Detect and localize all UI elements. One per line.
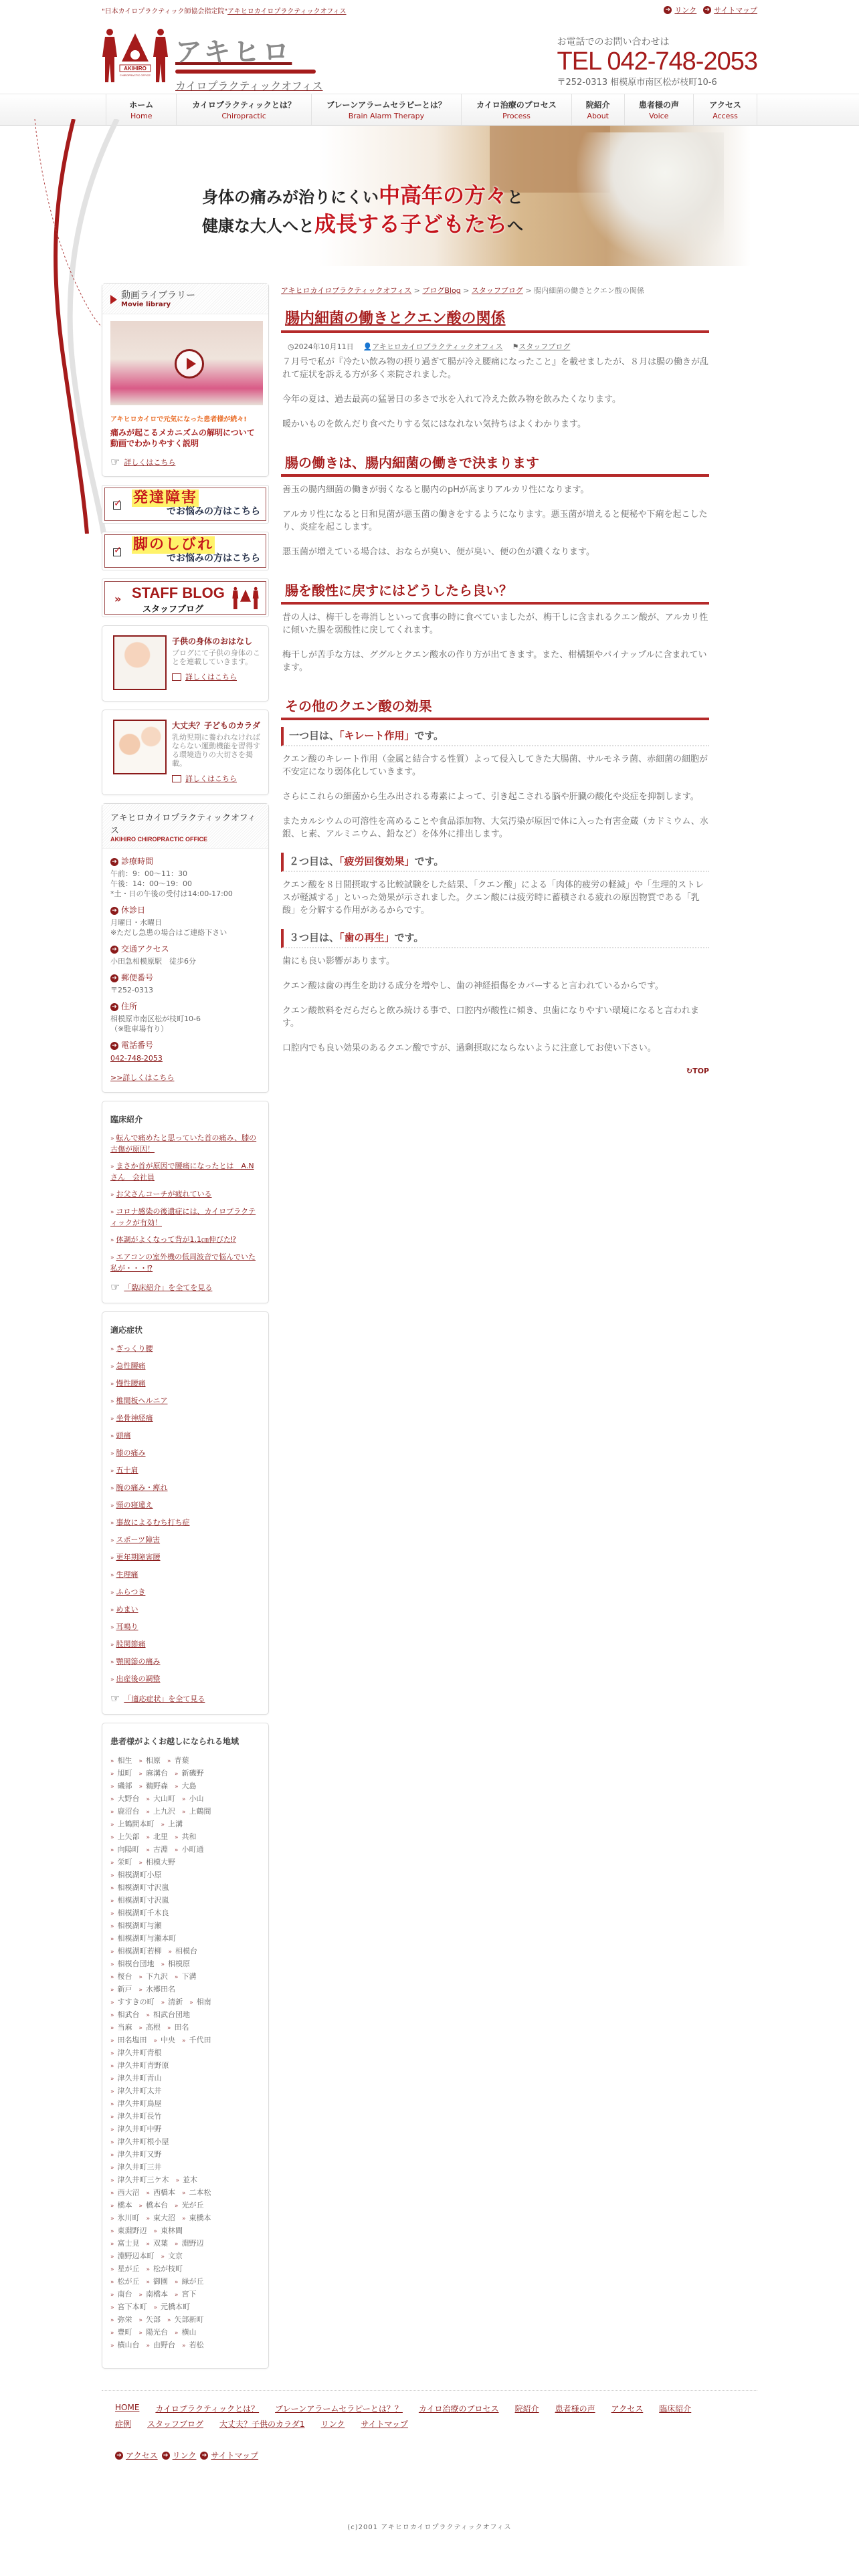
area-row: »相模湖町若柳»相模台 xyxy=(110,1945,260,1958)
paragraph: 梅干しが苦手な方は、ググルとクエン酸水の作り方が出てきます。また、柑橘類やパイナ… xyxy=(282,649,709,674)
symptom-link[interactable]: 生理痛 xyxy=(116,1570,138,1579)
logo-mark-icon: AKIHIRO CHIROPRACTIC OFFICE xyxy=(102,28,169,86)
breadcrumb-current: 腸内細菌の働きとクエン酸の関係 xyxy=(534,286,644,295)
site-logo[interactable]: AKIHIRO CHIROPRACTIC OFFICE アキヒロ カイロプラクテ… xyxy=(102,28,322,93)
clinical-item: »まさか首が原因で腰痛になったとは A.Nさん 会社員 xyxy=(110,1161,260,1183)
symptom-link[interactable]: 腕の痛み・痺れ xyxy=(116,1483,168,1492)
clinical-all-link[interactable]: 「臨床紹介」を全てを見る xyxy=(124,1282,212,1293)
area-row: »横山台»由野台»若松 xyxy=(110,2339,260,2352)
symptom-item: »急性腰痛 xyxy=(110,1361,260,1372)
hero-copy: 身体の痛みが治りにくい中高年の方々と 健康な大人へと成長する子どもたちへ xyxy=(202,182,523,239)
bullet-chevron-icon: » xyxy=(110,1949,114,1955)
contact-label: お電話でのお問い合わせは xyxy=(557,35,758,48)
bullet-chevron-icon: » xyxy=(110,1898,114,1905)
paragraph: 口腔内でも良い効果のあるクエン酸ですが、過剰摂取にならないように注意してお使い下… xyxy=(282,1042,709,1055)
bullet-chevron-icon: » xyxy=(110,1555,114,1562)
nav-item-about[interactable]: 院紹介About xyxy=(571,94,624,125)
area-item: 相模湖町寸沢嵐 xyxy=(118,1883,169,1892)
arrow-right-icon: ➔ xyxy=(110,1042,118,1050)
area-item: 磯部 xyxy=(118,1782,132,1790)
logo-bar xyxy=(175,70,316,74)
area-row: »桜台»下九沢»下溝 xyxy=(110,1971,260,1983)
subsection-heading: ３つ目は、「歯の再生」です。 xyxy=(281,929,709,948)
area-item: 相模湖町与瀬本町 xyxy=(118,1934,177,1943)
symptom-item: »膝の痛み xyxy=(110,1448,260,1459)
paragraph: 悪玉菌が増えている場合は、おならが臭い、便が臭い、便の色が濃くなります。 xyxy=(282,546,709,558)
bullet-chevron-icon: » xyxy=(110,1572,114,1579)
clinical-link[interactable]: お父さんコーチが疲れている xyxy=(116,1190,212,1198)
area-row: »津久井町長竹 xyxy=(110,2111,260,2123)
movie-thumbnail[interactable] xyxy=(110,321,263,405)
symptom-item: »椎間板ヘルニア xyxy=(110,1396,260,1407)
window-icon xyxy=(172,775,181,782)
area-row: »津久井町青野原 xyxy=(110,2060,260,2072)
bullet-chevron-icon: » xyxy=(110,1834,114,1841)
clinical-link[interactable]: 転んで痛めたと思っていた首の痛み、膝の古傷が原因！ xyxy=(110,1134,256,1154)
bullet-chevron-icon: » xyxy=(182,1796,186,1803)
top-link-links[interactable]: ➔リンク xyxy=(664,5,696,15)
area-item: 田名 xyxy=(175,2023,189,2032)
paragraph: 暖かいものを飲んだり食べたりする気にはなれない気持ちはよくわかります。 xyxy=(282,418,709,431)
bullet-chevron-icon: » xyxy=(175,1847,179,1854)
footer-nav-link[interactable]: 臨床紹介 xyxy=(659,2403,691,2414)
area-item: 橋本 xyxy=(118,2201,132,2210)
promo-more-link[interactable]: 詳しくはこちら xyxy=(185,773,237,784)
footer-nav-link[interactable]: 患者様の声 xyxy=(555,2403,595,2414)
area-item: 相模大野 xyxy=(146,1858,175,1866)
footer-nav: HOMEカイロプラクティックとは？ブレーンアラームセラピーとは？？カイロ治療のプ… xyxy=(115,2403,717,2430)
area-row: »向陽町»古淵»小町通 xyxy=(110,1844,260,1856)
area-item: 横山 xyxy=(182,2328,197,2337)
area-item: 向陽町 xyxy=(118,1845,140,1854)
tagline-link[interactable]: アキヒロカイロプラクティックオフィス xyxy=(227,8,346,15)
user-icon: 👤 xyxy=(363,342,373,351)
bullet-chevron-icon: » xyxy=(147,2190,151,2197)
symptom-link[interactable]: 坐骨神経痛 xyxy=(116,1414,153,1422)
bullet-chevron-icon: » xyxy=(110,1677,114,1683)
bullet-chevron-icon: » xyxy=(175,1771,179,1778)
paragraph: クエン酸飲料をだらだらと飲み続ける事で、口腔内が酸性に傾き、虫歯になりやすい環境… xyxy=(282,1004,709,1030)
bullet-chevron-icon: » xyxy=(139,1860,143,1866)
play-icon[interactable] xyxy=(175,349,204,379)
bullet-chevron-icon: » xyxy=(189,2000,193,2006)
nav-item-brain-alarm-therapy[interactable]: ブレーンアラームセラピーとは？Brain Alarm Therapy xyxy=(311,94,461,125)
breadcrumb-link[interactable]: ブログBlog xyxy=(422,286,460,295)
bullet-chevron-icon: » xyxy=(110,1758,114,1765)
area-item: 相武台団地 xyxy=(153,2010,190,2019)
bullet-chevron-icon: » xyxy=(167,1758,171,1765)
area-item: 新磯野 xyxy=(182,1769,204,1778)
bullet-chevron-icon: » xyxy=(110,1192,114,1198)
area-item: 宮下 xyxy=(182,2290,197,2298)
symptom-item: »更年期障害腰 xyxy=(110,1552,260,1564)
symptom-link[interactable]: 股関節痛 xyxy=(116,1640,146,1648)
subsection-heading: 一つ目は、「キレート作用」です。 xyxy=(281,727,709,746)
bullet-chevron-icon: » xyxy=(110,2330,114,2337)
clinical-item: »体調がよくなって背が1.1㎝伸びた⁉ xyxy=(110,1235,260,1246)
area-row: »豊町»陽光台»横山 xyxy=(110,2327,260,2339)
office-label-phone: ➔電話番号 xyxy=(110,1041,260,1051)
bullet-chevron-icon: » xyxy=(110,1398,114,1405)
area-item: 矢部新町 xyxy=(175,2315,204,2324)
symptom-link[interactable]: 顎関節の痛み xyxy=(116,1657,161,1666)
clinical-link[interactable]: まさか首が原因で腰痛になったとは A.Nさん 会社員 xyxy=(110,1162,254,1182)
symptom-link[interactable]: 事故によるむち打ち症 xyxy=(116,1518,190,1527)
bullet-chevron-icon: » xyxy=(110,2152,114,2159)
area-item: 星が丘 xyxy=(118,2264,140,2273)
bullet-chevron-icon: » xyxy=(110,2025,114,2032)
area-row: »磯部»鵜野森»大島 xyxy=(110,1780,260,1793)
triangle-icon xyxy=(110,295,117,304)
banner-staff-blog[interactable]: » STAFF BLOG スタッフブログ xyxy=(102,578,269,617)
area-row: »西大沼»西橋本»二本松 xyxy=(110,2187,260,2199)
area-item: 鹿沼台 xyxy=(118,1807,140,1816)
bullet-chevron-icon: » xyxy=(161,1961,165,1968)
nav-item-chiropractic[interactable]: カイロプラクティックとは？Chiropractic xyxy=(176,94,310,125)
office-more-link[interactable]: >>詳しくはこちら xyxy=(110,1073,260,1083)
bullet-chevron-icon: » xyxy=(139,1974,143,1981)
area-item: 西橋本 xyxy=(153,2188,175,2197)
nav-item-access[interactable]: アクセスAccess xyxy=(693,94,757,125)
symptom-link[interactable]: 頸の寝違え xyxy=(116,1501,153,1509)
bullet-chevron-icon: » xyxy=(110,1209,114,1216)
office-value: 月曜日・水曜日 ※ただし急患の場合はご連絡下さい xyxy=(110,918,260,938)
area-row: »田名塩田»中央»千代田 xyxy=(110,2034,260,2047)
bullet-chevron-icon: » xyxy=(110,2190,114,2197)
bullet-chevron-icon: » xyxy=(110,1771,114,1778)
arrow-right-icon: ➔ xyxy=(664,6,672,14)
area-item: 上鶴間本町 xyxy=(118,1820,155,1828)
office-label: ➔郵便番号 xyxy=(110,973,260,983)
bullet-chevron-icon: » xyxy=(110,2292,114,2298)
checkbox-icon xyxy=(113,548,121,556)
bullet-chevron-icon: » xyxy=(139,2025,143,2032)
clinical-item: »お父さんコーチが疲れている xyxy=(110,1189,260,1200)
area-item: 豊町 xyxy=(118,2328,132,2337)
office-label: ➔住所 xyxy=(110,1002,260,1012)
nav-item-voice[interactable]: 患者様の声Voice xyxy=(624,94,694,125)
movie-more-link[interactable]: 詳しくはこちら xyxy=(124,457,175,467)
area-item: 文京 xyxy=(168,2252,183,2260)
bullet-chevron-icon: » xyxy=(175,2279,179,2286)
bullet-chevron-icon: » xyxy=(110,1136,114,1142)
bullet-chevron-icon: » xyxy=(110,1659,114,1666)
bullet-chevron-icon: » xyxy=(147,2012,151,2019)
bullet-chevron-icon: » xyxy=(110,2076,114,2082)
footer-nav-link[interactable]: 院紹介 xyxy=(515,2403,539,2414)
bullet-chevron-icon: » xyxy=(110,1872,114,1879)
logo-mark-icon xyxy=(232,584,259,613)
breadcrumb-link[interactable]: アキヒロカイロプラクティックオフィス xyxy=(281,286,411,295)
copyright: (c)2001 アキヒロカイロプラクティックオフィス xyxy=(115,2521,744,2531)
area-item: 緑が丘 xyxy=(182,2277,204,2286)
area-row: »東淵野辺»東林間 xyxy=(110,2225,260,2238)
paragraph: アルカリ性になると日和見菌が悪玉菌の働きをするようになります。悪玉菌が増えると便… xyxy=(282,508,709,534)
window-icon xyxy=(172,673,181,681)
area-item: 鵜野森 xyxy=(146,1782,168,1790)
area-item: 松が枝町 xyxy=(153,2264,183,2273)
area-item: 相生 xyxy=(118,1756,132,1765)
footer-link[interactable]: ➔リンク xyxy=(162,2450,197,2461)
clinical-item: »エアコンの室外機の低周波音で悩んでいた私が・・・⁉ xyxy=(110,1252,260,1274)
area-item: 南台 xyxy=(118,2290,132,2298)
bullet-chevron-icon: » xyxy=(139,1987,143,1994)
clinical-box: 臨床紹介 »転んで痛めたと思っていた首の痛み、膝の古傷が原因！»まさか首が原因で… xyxy=(102,1101,269,1303)
area-item: 津久井町三井 xyxy=(118,2163,162,2171)
symptom-link[interactable]: 椎間板ヘルニア xyxy=(116,1396,168,1405)
to-top-link[interactable]: ↻TOP xyxy=(281,1067,709,1075)
symptom-link[interactable]: 慢性腰痛 xyxy=(116,1379,146,1388)
area-row: »栄町»相模大野 xyxy=(110,1856,260,1869)
symptom-link[interactable]: 膝の痛み xyxy=(116,1448,146,1457)
area-item: 大野台 xyxy=(118,1794,140,1803)
contact-block: お電話でのお問い合わせは TEL 042-748-2053 〒252-0313 … xyxy=(557,28,758,88)
area-item: 小山 xyxy=(189,1794,204,1803)
symptom-item: »事故によるむち打ち症 xyxy=(110,1517,260,1529)
area-item: 松が丘 xyxy=(118,2277,140,2286)
area-item: 小町通 xyxy=(182,1845,204,1854)
bullet-chevron-icon: » xyxy=(110,2088,114,2095)
footer-nav-link[interactable]: カイロプラクティックとは？ xyxy=(155,2403,259,2414)
bullet-chevron-icon: » xyxy=(110,1911,114,1917)
bullet-chevron-icon: » xyxy=(147,2266,151,2273)
bullet-chevron-icon: » xyxy=(110,1847,114,1854)
bullet-chevron-icon: » xyxy=(154,2304,158,2311)
clinical-link[interactable]: コロナ感染の後遺症には、カイロプラクティックが有効！ xyxy=(110,1207,256,1227)
footer-nav-link[interactable]: リンク xyxy=(321,2418,345,2430)
clinical-link[interactable]: 体調がよくなって背が1.1㎝伸びた⁉ xyxy=(116,1235,237,1244)
paragraph: クエン酸のキレート作用（金属と結合する性質）よって侵入してきた大腸菌、サルモネラ… xyxy=(282,753,709,778)
area-row: »南台»南橋本»宮下 xyxy=(110,2288,260,2301)
area-item: 古淵 xyxy=(153,1845,168,1854)
area-item: 田名塩田 xyxy=(118,2036,147,2044)
area-row: »津久井町三ケ木»並木 xyxy=(110,2174,260,2187)
bullet-chevron-icon: » xyxy=(110,1974,114,1981)
bullet-chevron-icon: » xyxy=(167,2025,171,2032)
promo-kids-ok: 大丈夫？子どものカラダ 乳幼児期に養われなければならない運動機能を習得する環境造… xyxy=(102,710,269,795)
paragraph: またカルシウムの可溶性を高めることや食品添加物、大気汚染が原因で体に入った有害金… xyxy=(282,815,709,841)
symptom-link[interactable]: 耳鳴り xyxy=(116,1622,138,1631)
footer-link[interactable]: ➔アクセス xyxy=(115,2450,158,2461)
arrow-right-icon: ➔ xyxy=(110,974,118,982)
symptom-link[interactable]: 更年期障害腰 xyxy=(116,1553,161,1562)
symptom-link[interactable]: スポーツ障害 xyxy=(116,1535,161,1544)
paragraph: 歯にも良い影響があります。 xyxy=(282,955,709,968)
footer-nav-link[interactable]: アクセス xyxy=(611,2403,644,2414)
area-item: 相模台 xyxy=(175,1947,197,1955)
bullet-chevron-icon: » xyxy=(175,1834,179,1841)
area-item: 若松 xyxy=(189,2341,204,2349)
symptom-item: »ふらつき xyxy=(110,1587,260,1598)
bullet-chevron-icon: » xyxy=(167,2317,171,2324)
symptom-item: »五十肩 xyxy=(110,1465,260,1477)
arrow-right-icon: ➔ xyxy=(110,858,118,866)
bullet-chevron-icon: » xyxy=(110,1796,114,1803)
bullet-chevron-icon: » xyxy=(110,2139,114,2146)
bullet-chevron-icon: » xyxy=(110,2000,114,2006)
area-item: 津久井町又野 xyxy=(118,2150,162,2159)
bullet-chevron-icon: » xyxy=(110,1961,114,1968)
bullet-chevron-icon: » xyxy=(110,1822,114,1828)
arrow-right-icon: ➔ xyxy=(110,946,118,954)
area-item: 下溝 xyxy=(182,1972,197,1981)
footer-nav-link[interactable]: ブレーンアラームセラピーとは？？ xyxy=(275,2403,403,2414)
area-item: 新戸 xyxy=(118,1985,132,1994)
area-item: 津久井町鳥屋 xyxy=(118,2099,162,2108)
hero-banner: 身体の痛みが治りにくい中高年の方々と 健康な大人へと成長する子どもたちへ xyxy=(102,126,757,276)
area-item: 光が丘 xyxy=(182,2201,204,2210)
banner-leg-numbness[interactable]: 脚のしびれ でお悩みの方はこちら xyxy=(102,532,269,570)
office-phone-link[interactable]: 042-748-2053 xyxy=(110,1053,260,1063)
footer-link[interactable]: ➔サイトマップ xyxy=(200,2450,258,2461)
bullet-chevron-icon: » xyxy=(110,1624,114,1631)
area-row: »上鶴間本町»上溝 xyxy=(110,1818,260,1831)
footer-nav-link[interactable]: HOME xyxy=(115,2403,139,2414)
area-row: »弥栄»矢部»矢部新町 xyxy=(110,2314,260,2327)
area-item: 旭町 xyxy=(118,1769,132,1778)
area-item: すすきの町 xyxy=(118,1998,155,2006)
area-row: »すすきの町»清新»相南 xyxy=(110,1996,260,2009)
promo-more-link[interactable]: 詳しくはこちら xyxy=(185,671,237,682)
area-item: 相武台 xyxy=(118,2010,140,2019)
area-item: 富士見 xyxy=(118,2239,140,2248)
breadcrumb-link[interactable]: スタッフブログ xyxy=(472,286,523,295)
bullet-chevron-icon: » xyxy=(147,2241,151,2248)
area-item: 上矢部 xyxy=(118,1832,140,1841)
bullet-chevron-icon: » xyxy=(139,1771,143,1778)
sidebar: 動画ライブラリー Movie library アキヒロカイロで元気になった患者様… xyxy=(102,283,269,2377)
bullet-chevron-icon: » xyxy=(147,1796,151,1803)
area-item: 相原 xyxy=(146,1756,161,1765)
bullet-chevron-icon: » xyxy=(147,1834,151,1841)
area-item: 東橋本 xyxy=(189,2214,211,2222)
footer-nav-link[interactable]: サイトマップ xyxy=(361,2418,408,2430)
bullet-chevron-icon: » xyxy=(139,2292,143,2298)
clinical-link[interactable]: エアコンの室外機の低周波音で悩んでいた私が・・・⁉ xyxy=(110,1253,256,1273)
symptom-item: »耳鳴り xyxy=(110,1622,260,1633)
symptom-item: »スポーツ障害 xyxy=(110,1535,260,1546)
area-item: 相模湖町小原 xyxy=(118,1870,162,1879)
area-item: 東淵野辺 xyxy=(118,2226,147,2235)
area-item: 栄町 xyxy=(118,1858,132,1866)
symptom-link[interactable]: 頭痛 xyxy=(116,1431,131,1440)
banner-developmental-disorder[interactable]: 発達障害 でお悩みの方はこちら xyxy=(102,485,269,524)
symptoms-title: 適応症状 xyxy=(110,1324,260,1335)
symptoms-all-link[interactable]: 「適応症状」を全て見る xyxy=(124,1693,205,1704)
area-row: »相武台»相武台団地 xyxy=(110,2009,260,2022)
area-item: 元橋本町 xyxy=(161,2302,190,2311)
area-row: »松が丘»御園»緑が丘 xyxy=(110,2276,260,2288)
symptom-item: »坐骨神経痛 xyxy=(110,1413,260,1424)
section-heading: 腸の働きは、腸内細菌の働きで決まります xyxy=(281,448,709,477)
bullet-chevron-icon: » xyxy=(110,1416,114,1422)
footer-nav-link[interactable]: スタッフブログ xyxy=(147,2418,203,2430)
office-value: 午前：9：00〜11：30 午後：14：00〜19：00 *土・日の午後の受付は… xyxy=(110,869,260,899)
area-item: 水郷田名 xyxy=(146,1985,175,1994)
symptom-link[interactable]: ぎっくり腰 xyxy=(116,1344,153,1353)
post-title: 腸内細菌の働きとクエン酸の関係 xyxy=(281,307,709,333)
arrow-right-icon: ➔ xyxy=(110,907,118,915)
arrow-right-icon: ➔ xyxy=(703,6,711,14)
flag-icon: ⚑ xyxy=(512,342,518,351)
symptoms-box: 適応症状 »ぎっくり腰»急性腰痛»慢性腰痛»椎間板ヘルニア»坐骨神経痛»頭痛»膝… xyxy=(102,1311,269,1715)
office-label: ➔交通アクセス xyxy=(110,944,260,954)
areas-title: 患者様がよくお越しになられる地域 xyxy=(110,1735,260,1747)
area-item: 相模台団地 xyxy=(118,1959,155,1968)
arrow-right-icon: ➔ xyxy=(200,2452,208,2460)
baby-photo xyxy=(113,635,167,690)
area-item: 宮下本町 xyxy=(118,2302,147,2311)
area-row: »津久井町青山 xyxy=(110,2072,260,2085)
bullet-chevron-icon: » xyxy=(161,1822,165,1828)
area-item: 共和 xyxy=(182,1832,197,1841)
bullet-chevron-icon: » xyxy=(139,1758,143,1765)
area-item: 上鶴間 xyxy=(189,1807,211,1816)
bullet-chevron-icon: » xyxy=(110,1346,114,1353)
area-row: »津久井町根小屋 xyxy=(110,2136,260,2149)
area-row: »星が丘»松が枝町 xyxy=(110,2263,260,2276)
bullet-chevron-icon: » xyxy=(110,1237,114,1244)
phone-number[interactable]: TEL 042-748-2053 xyxy=(557,48,758,75)
subsection-heading: ２つ目は、「疲労回復効果」です。 xyxy=(281,853,709,872)
bullet-chevron-icon: » xyxy=(110,1923,114,1930)
nav-item-process[interactable]: カイロ治療のプロセスProcess xyxy=(461,94,571,125)
paragraph: 昔の人は、梅干しを毒消しといって食事の時に食べていましたが、梅干しに含まれるクエ… xyxy=(282,611,709,637)
bullet-chevron-icon: » xyxy=(175,1974,179,1981)
area-row: »相模台団地»相模原 xyxy=(110,1958,260,1971)
area-item: 淵野辺本町 xyxy=(118,2252,155,2260)
paragraph: ７月号で私が『冷たい飲み物の摂り過ぎて腸が冷え腰痛になったこと』を載せましたが、… xyxy=(282,356,709,381)
clinical-title: 臨床紹介 xyxy=(110,1113,260,1125)
footer-nav-link[interactable]: 症例 xyxy=(115,2418,131,2430)
area-row: »大野台»大山町»小山 xyxy=(110,1793,260,1806)
area-item: 横山台 xyxy=(118,2341,140,2349)
area-item: 上九沢 xyxy=(153,1807,175,1816)
symptom-link[interactable]: 急性腰痛 xyxy=(116,1362,146,1370)
bullet-chevron-icon: » xyxy=(182,2190,186,2197)
footer-nav-link[interactable]: 大丈夫？子供のカラダ1 xyxy=(219,2418,305,2430)
bullet-chevron-icon: » xyxy=(139,2203,143,2210)
nav-item-home[interactable]: ホームHome xyxy=(106,94,176,125)
bullet-chevron-icon: » xyxy=(161,2254,165,2260)
areas-box: 患者様がよくお越しになられる地域 »相生»相原»青葉»旭町»麻溝台»新磯野»磯部… xyxy=(102,1723,269,2369)
bullet-chevron-icon: » xyxy=(110,2266,114,2273)
bullet-chevron-icon: » xyxy=(139,2330,143,2337)
symptom-link[interactable]: ふらつき xyxy=(116,1588,146,1596)
area-item: 相模湖町千木良 xyxy=(118,1909,169,1917)
bullet-chevron-icon: » xyxy=(182,2216,186,2222)
bullet-chevron-icon: » xyxy=(154,2038,158,2044)
symptom-item: »頸の寝違え xyxy=(110,1500,260,1511)
symptom-link[interactable]: 出産後の調整 xyxy=(116,1675,161,1683)
bullet-chevron-icon: » xyxy=(182,2343,186,2349)
area-row: »津久井町三井 xyxy=(110,2161,260,2174)
symptom-link[interactable]: めまい xyxy=(116,1605,138,1614)
bullet-chevron-icon: » xyxy=(147,2343,151,2349)
office-label: ➔休診日 xyxy=(110,905,260,916)
bullet-chevron-icon: » xyxy=(110,2127,114,2133)
bullet-chevron-icon: » xyxy=(110,2063,114,2070)
top-link-sitemap[interactable]: ➔サイトマップ xyxy=(703,5,757,15)
footer-nav-link[interactable]: カイロ治療のプロセス xyxy=(419,2403,499,2414)
checkbox-icon xyxy=(113,502,121,510)
area-item: 津久井町青山 xyxy=(118,2074,162,2082)
main-nav: ホームHomeカイロプラクティックとは？Chiropracticブレーンアラーム… xyxy=(102,94,757,125)
symptom-link[interactable]: 五十肩 xyxy=(116,1466,138,1475)
area-item: 当麻 xyxy=(118,2023,132,2032)
bullet-chevron-icon: » xyxy=(110,2038,114,2044)
pointing-hand-icon: ☞ xyxy=(110,455,120,468)
